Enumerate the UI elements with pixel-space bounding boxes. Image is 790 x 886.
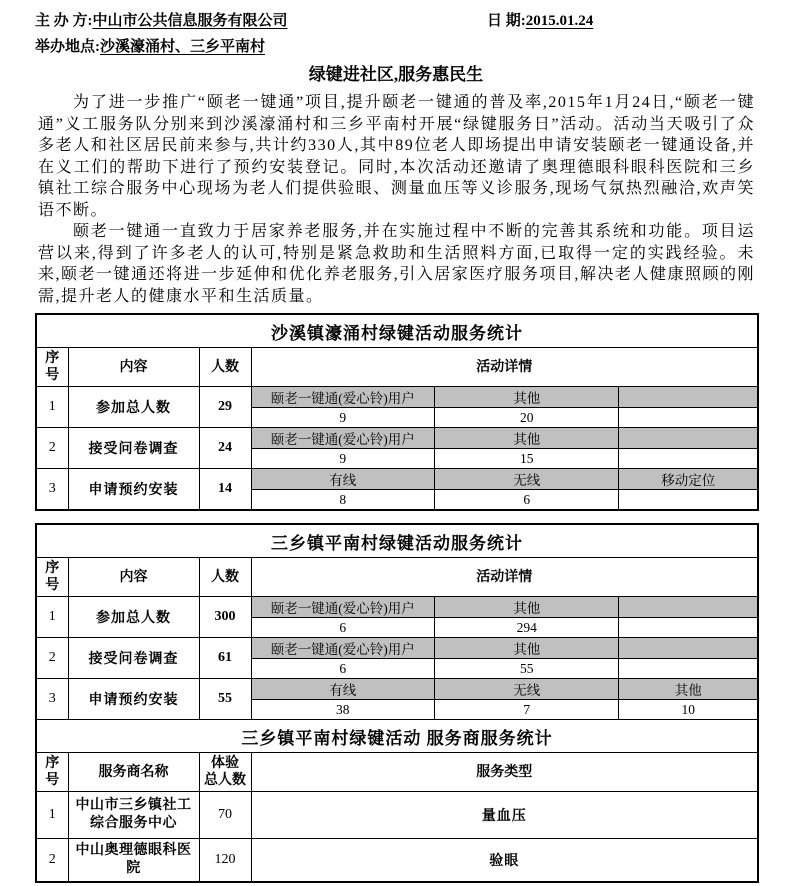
detail-grid: 颐老一键通(爱心铃)用户 其他 9 15 bbox=[252, 428, 758, 468]
detail-grid: 有线 无线 其他 38 7 10 bbox=[252, 679, 758, 719]
date-block: 日 期:2015.01.24 bbox=[487, 8, 593, 34]
organizer-label: 主 办 方: bbox=[35, 13, 93, 29]
detail-cell: 有线 无线 移动定位 8 6 bbox=[251, 469, 758, 511]
col-header-count: 人数 bbox=[199, 558, 251, 597]
detail-cell: 颐老一键通(爱心铃)用户 其他 6 294 bbox=[251, 597, 758, 638]
count-cell: 61 bbox=[199, 638, 251, 679]
shaxi-table-title-row: 沙溪镇濠涌村绿键活动服务统计 bbox=[36, 314, 758, 348]
detail-label bbox=[619, 387, 756, 408]
detail-value bbox=[619, 449, 756, 468]
paragraph-2: 颐老一键通一直致力于居家养老服务,并在实施过程中不断的完善其系统和功能。项目运营… bbox=[35, 221, 757, 307]
detail-value bbox=[619, 618, 756, 637]
detail-value: 6 bbox=[252, 659, 435, 678]
detail-grid: 颐老一键通(爱心铃)用户 其他 9 20 bbox=[252, 387, 758, 427]
header-line-1: 主 办 方:中山市公共信息服务有限公司 日 期:2015.01.24 bbox=[35, 8, 757, 34]
col-header-count: 人数 bbox=[199, 348, 251, 387]
table-row: 3 申请预约安装 14 有线 无线 移动定位 8 6 bbox=[36, 469, 758, 511]
detail-label: 颐老一键通(爱心铃)用户 bbox=[252, 638, 435, 659]
row-number: 3 bbox=[36, 469, 68, 511]
sanxiang-table-title: 三乡镇平南村绿键活动服务统计 bbox=[36, 524, 758, 558]
paragraph-1: 为了进一步推广“颐老一键通”项目,提升颐老一键通的普及率,2015年1月24日,… bbox=[35, 92, 757, 221]
venue-value: 沙溪濠涌村、三乡平南村 bbox=[100, 39, 265, 55]
detail-value: 10 bbox=[619, 700, 756, 719]
experience-count-cell: 70 bbox=[199, 792, 251, 839]
sanxiang-header-row: 序 号 内容 人数 活动详情 bbox=[36, 558, 758, 597]
detail-value: 6 bbox=[435, 490, 620, 509]
row-number: 1 bbox=[36, 387, 68, 428]
date-label: 日 期: bbox=[487, 13, 526, 29]
content-cell: 参加总人数 bbox=[68, 597, 199, 638]
provider-name-cell: 中山奥理德眼科医院 bbox=[68, 839, 199, 883]
content-cell: 申请预约安装 bbox=[68, 679, 199, 720]
date-value: 2015.01.24 bbox=[526, 13, 594, 29]
detail-label: 其他 bbox=[435, 638, 620, 659]
col-header-provider: 服务商名称 bbox=[68, 753, 199, 792]
row-number: 1 bbox=[36, 792, 68, 839]
detail-label: 其他 bbox=[435, 428, 620, 449]
detail-label bbox=[619, 597, 756, 618]
detail-label bbox=[619, 638, 756, 659]
detail-value bbox=[619, 659, 756, 678]
service-type-cell: 验眼 bbox=[251, 839, 758, 883]
provider-table-title-row: 三乡镇平南村绿键活动 服务商服务统计 bbox=[36, 720, 758, 753]
organizer-value: 中山市公共信息服务有限公司 bbox=[93, 13, 288, 29]
detail-label: 颐老一键通(爱心铃)用户 bbox=[252, 597, 435, 618]
content-cell: 申请预约安装 bbox=[68, 469, 199, 511]
detail-label: 有线 bbox=[252, 469, 435, 490]
col-header-detail: 活动详情 bbox=[251, 348, 758, 387]
col-header-service-type: 服务类型 bbox=[251, 753, 758, 792]
detail-cell: 颐老一键通(爱心铃)用户 其他 9 20 bbox=[251, 387, 758, 428]
table-row: 2 中山奥理德眼科医院 120 验眼 bbox=[36, 839, 758, 883]
shaxi-table-title: 沙溪镇濠涌村绿键活动服务统计 bbox=[36, 314, 758, 348]
detail-label: 颐老一键通(爱心铃)用户 bbox=[252, 428, 435, 449]
content-cell: 参加总人数 bbox=[68, 387, 199, 428]
experience-count-cell: 120 bbox=[199, 839, 251, 883]
detail-value: 294 bbox=[435, 618, 620, 637]
table-row: 1 参加总人数 300 颐老一键通(爱心铃)用户 其他 6 294 bbox=[36, 597, 758, 638]
sanxiang-table-title-row: 三乡镇平南村绿键活动服务统计 bbox=[36, 524, 758, 558]
provider-header-row: 序 号 服务商名称 体验 总人数 服务类型 bbox=[36, 753, 758, 792]
table-row: 2 接受问卷调查 61 颐老一键通(爱心铃)用户 其他 6 55 bbox=[36, 638, 758, 679]
table-row: 2 接受问卷调查 24 颐老一键通(爱心铃)用户 其他 9 15 bbox=[36, 428, 758, 469]
count-cell: 14 bbox=[199, 469, 251, 511]
row-number: 2 bbox=[36, 839, 68, 883]
row-number: 1 bbox=[36, 597, 68, 638]
sanxiang-stats-table: 三乡镇平南村绿键活动服务统计 序 号 内容 人数 活动详情 1 参加总人数 30… bbox=[35, 523, 759, 883]
document-page: 主 办 方:中山市公共信息服务有限公司 日 期:2015.01.24 举办地点:… bbox=[0, 0, 790, 886]
detail-label: 移动定位 bbox=[619, 469, 756, 490]
col-header-content: 内容 bbox=[68, 558, 199, 597]
content-cell: 接受问卷调查 bbox=[68, 428, 199, 469]
detail-value bbox=[619, 490, 756, 509]
detail-label: 无线 bbox=[435, 679, 620, 700]
detail-grid: 颐老一键通(爱心铃)用户 其他 6 294 bbox=[252, 597, 758, 637]
detail-label: 无线 bbox=[435, 469, 620, 490]
provider-name-cell: 中山市三乡镇社工综合服务中心 bbox=[68, 792, 199, 839]
col-header-detail: 活动详情 bbox=[251, 558, 758, 597]
detail-value: 55 bbox=[435, 659, 620, 678]
provider-table-title: 三乡镇平南村绿键活动 服务商服务统计 bbox=[36, 720, 758, 753]
col-header-no: 序 号 bbox=[36, 558, 68, 597]
row-number: 2 bbox=[36, 638, 68, 679]
table-row: 1 参加总人数 29 颐老一键通(爱心铃)用户 其他 9 20 bbox=[36, 387, 758, 428]
table-row: 3 申请预约安装 55 有线 无线 其他 38 7 10 bbox=[36, 679, 758, 720]
detail-value: 9 bbox=[252, 449, 435, 468]
detail-value: 9 bbox=[252, 408, 435, 427]
detail-cell: 有线 无线 其他 38 7 10 bbox=[251, 679, 758, 720]
col-header-no: 序 号 bbox=[36, 348, 68, 387]
service-type-cell: 量血压 bbox=[251, 792, 758, 839]
col-header-no: 序 号 bbox=[36, 753, 68, 792]
detail-cell: 颐老一键通(爱心铃)用户 其他 6 55 bbox=[251, 638, 758, 679]
detail-label bbox=[619, 428, 756, 449]
detail-label: 其他 bbox=[435, 387, 620, 408]
count-cell: 55 bbox=[199, 679, 251, 720]
body-text: 为了进一步推广“颐老一键通”项目,提升颐老一键通的普及率,2015年1月24日,… bbox=[35, 92, 757, 307]
detail-label: 其他 bbox=[435, 597, 620, 618]
content-cell: 接受问卷调查 bbox=[68, 638, 199, 679]
detail-label: 颐老一键通(爱心铃)用户 bbox=[252, 387, 435, 408]
col-header-content: 内容 bbox=[68, 348, 199, 387]
row-number: 3 bbox=[36, 679, 68, 720]
table-row: 1 中山市三乡镇社工综合服务中心 70 量血压 bbox=[36, 792, 758, 839]
detail-value: 7 bbox=[435, 700, 620, 719]
detail-value: 20 bbox=[435, 408, 620, 427]
detail-value: 38 bbox=[252, 700, 435, 719]
detail-value: 8 bbox=[252, 490, 435, 509]
venue-label: 举办地点: bbox=[35, 39, 100, 55]
detail-label: 其他 bbox=[619, 679, 756, 700]
shaxi-stats-table: 沙溪镇濠涌村绿键活动服务统计 序 号 内容 人数 活动详情 1 参加总人数 29… bbox=[35, 313, 759, 511]
detail-value bbox=[619, 408, 756, 427]
detail-label: 有线 bbox=[252, 679, 435, 700]
col-header-experience-count: 体验 总人数 bbox=[199, 753, 251, 792]
shaxi-header-row: 序 号 内容 人数 活动详情 bbox=[36, 348, 758, 387]
detail-cell: 颐老一键通(爱心铃)用户 其他 9 15 bbox=[251, 428, 758, 469]
header-line-2: 举办地点:沙溪濠涌村、三乡平南村 bbox=[35, 34, 757, 60]
detail-value: 6 bbox=[252, 618, 435, 637]
document-title: 绿键进社区,服务惠民生 bbox=[35, 64, 757, 86]
detail-grid: 颐老一键通(爱心铃)用户 其他 6 55 bbox=[252, 638, 758, 678]
detail-value: 15 bbox=[435, 449, 620, 468]
row-number: 2 bbox=[36, 428, 68, 469]
count-cell: 29 bbox=[199, 387, 251, 428]
detail-grid: 有线 无线 移动定位 8 6 bbox=[252, 469, 758, 509]
count-cell: 300 bbox=[199, 597, 251, 638]
count-cell: 24 bbox=[199, 428, 251, 469]
